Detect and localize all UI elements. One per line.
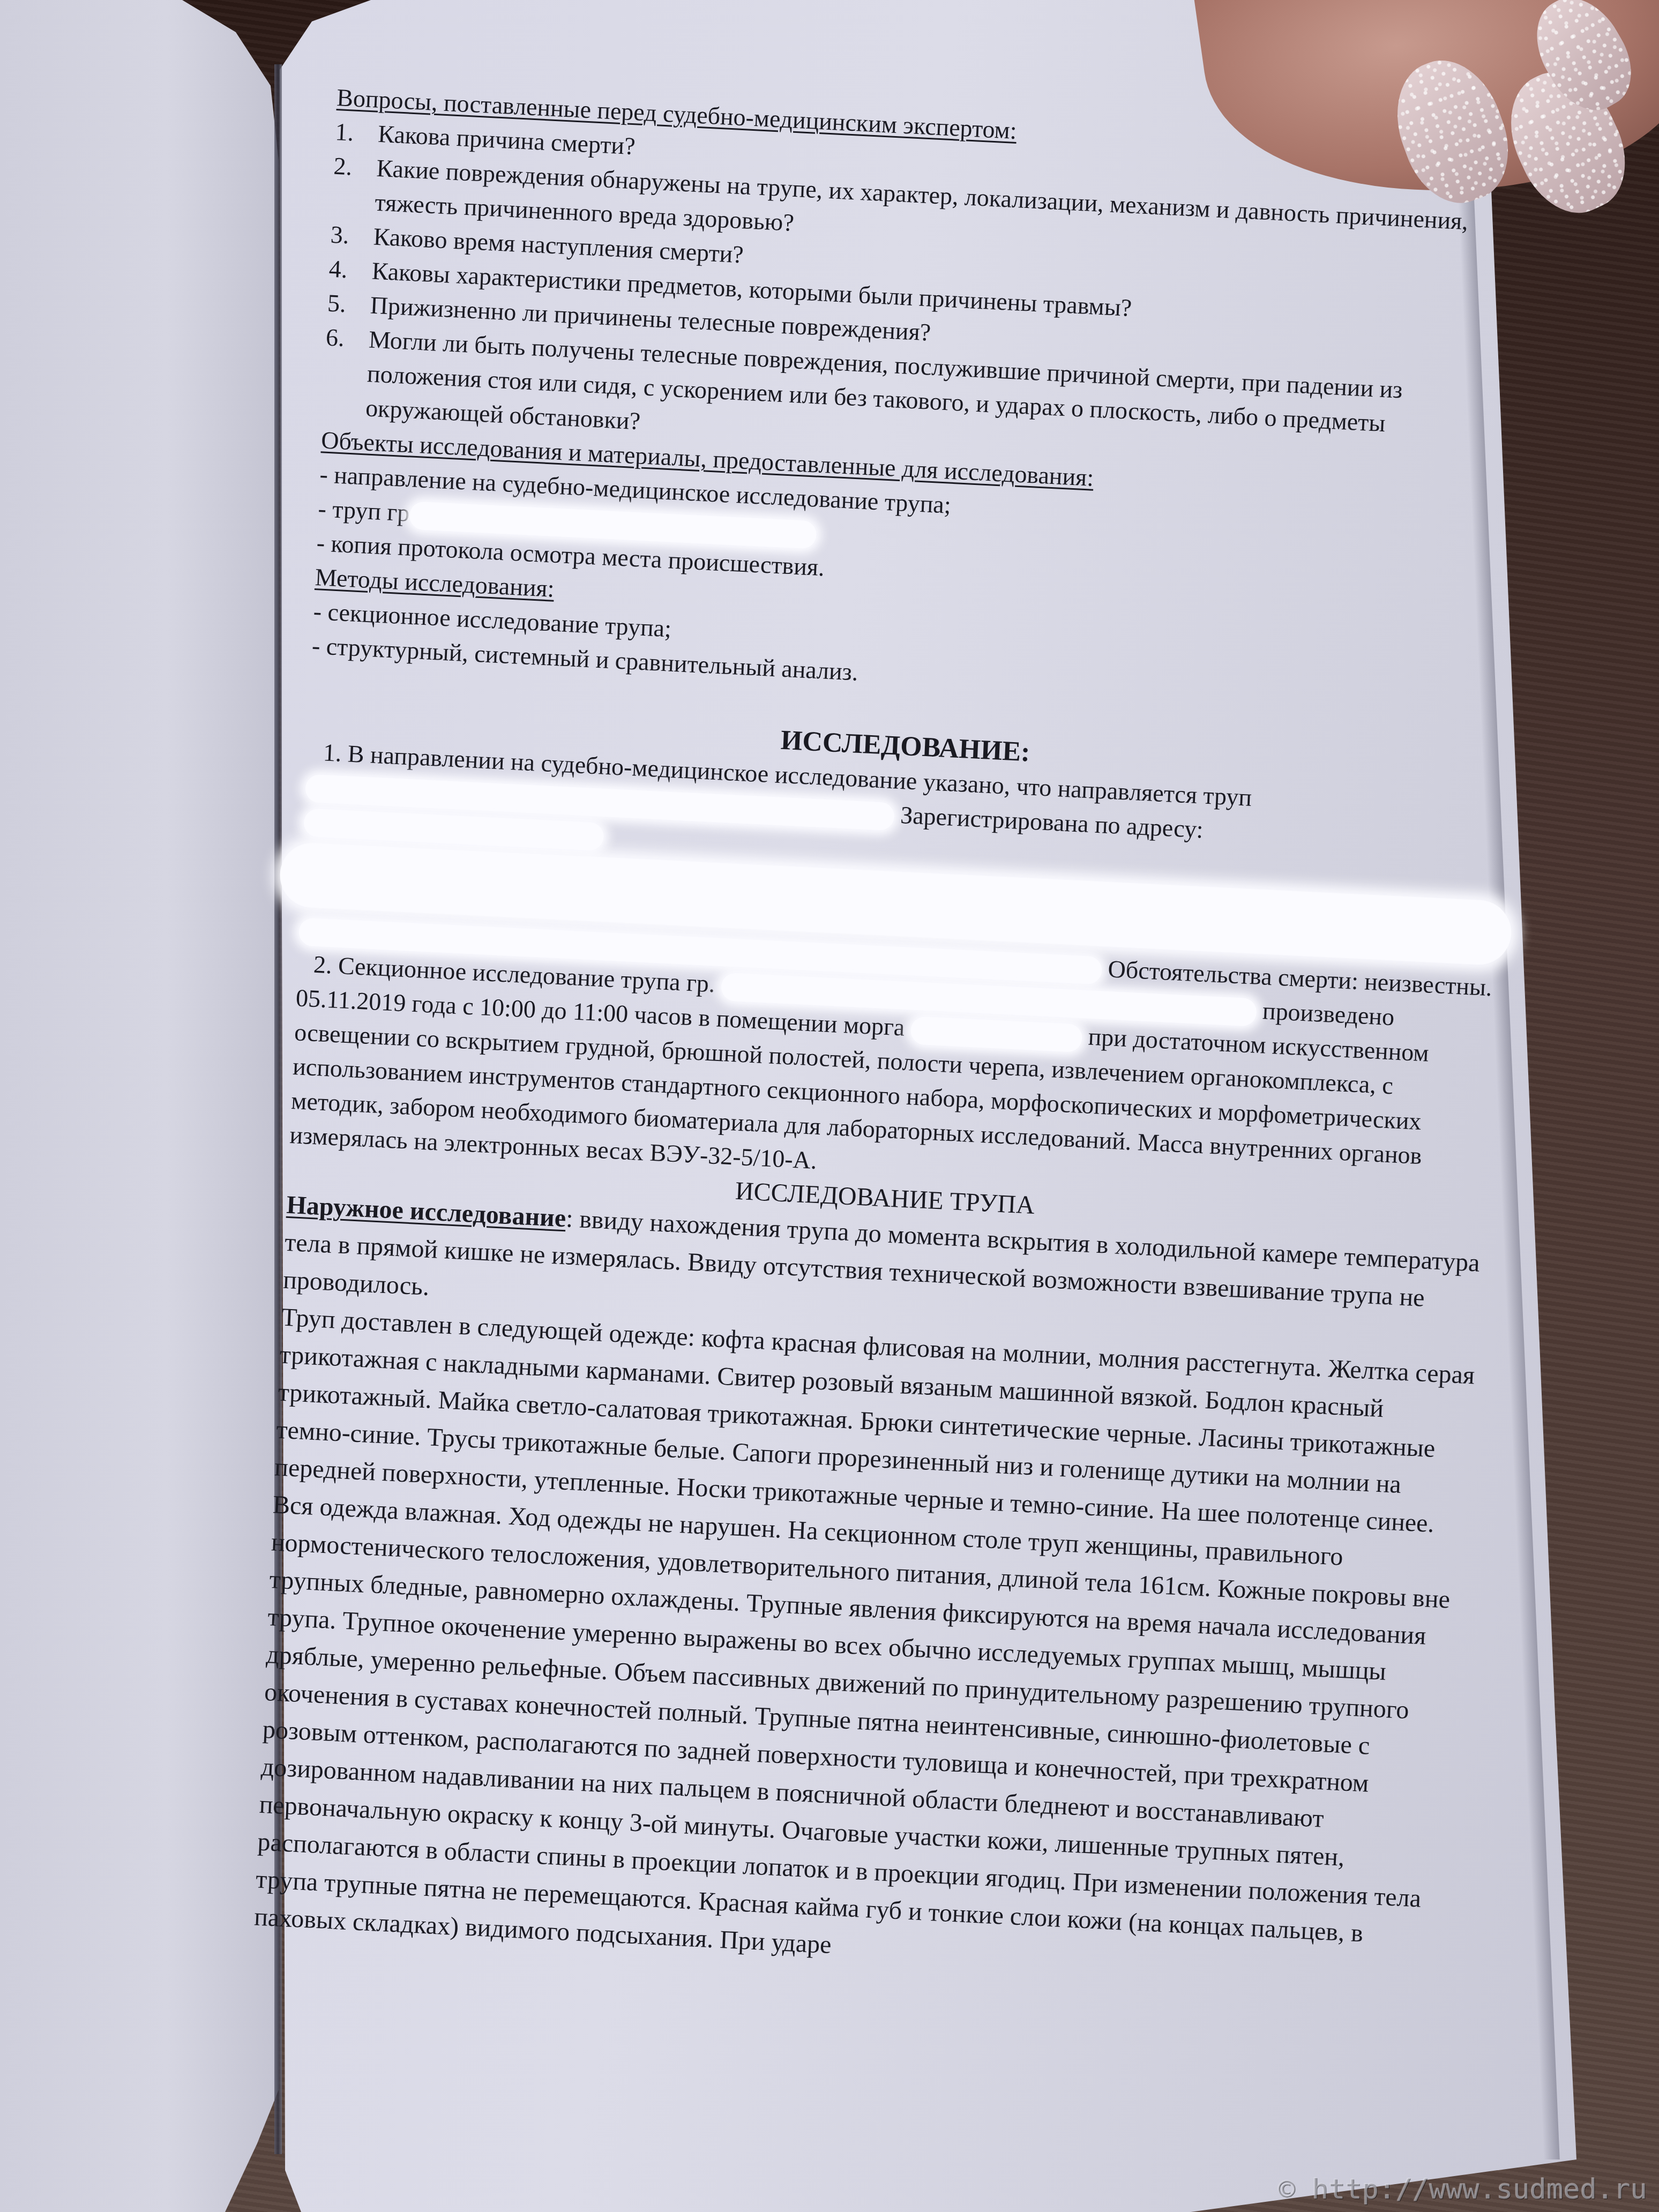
watermark: © http://www.sudmed.ru [1278, 2173, 1647, 2206]
questions-list: 1.Какова причина смерти? 2.Какие поврежд… [322, 115, 1529, 481]
corpse-exam-text: Наружное исследование: ввиду нахождения … [253, 1186, 1481, 1994]
document-body: Вопросы, поставленные перед судебно-меди… [253, 80, 1531, 1994]
redacted-morgue [910, 1017, 1082, 1053]
clothing-paragraph: Труп доставлен в следующей одежде: кофта… [253, 1299, 1476, 1994]
left-blank-page [0, 0, 279, 2212]
